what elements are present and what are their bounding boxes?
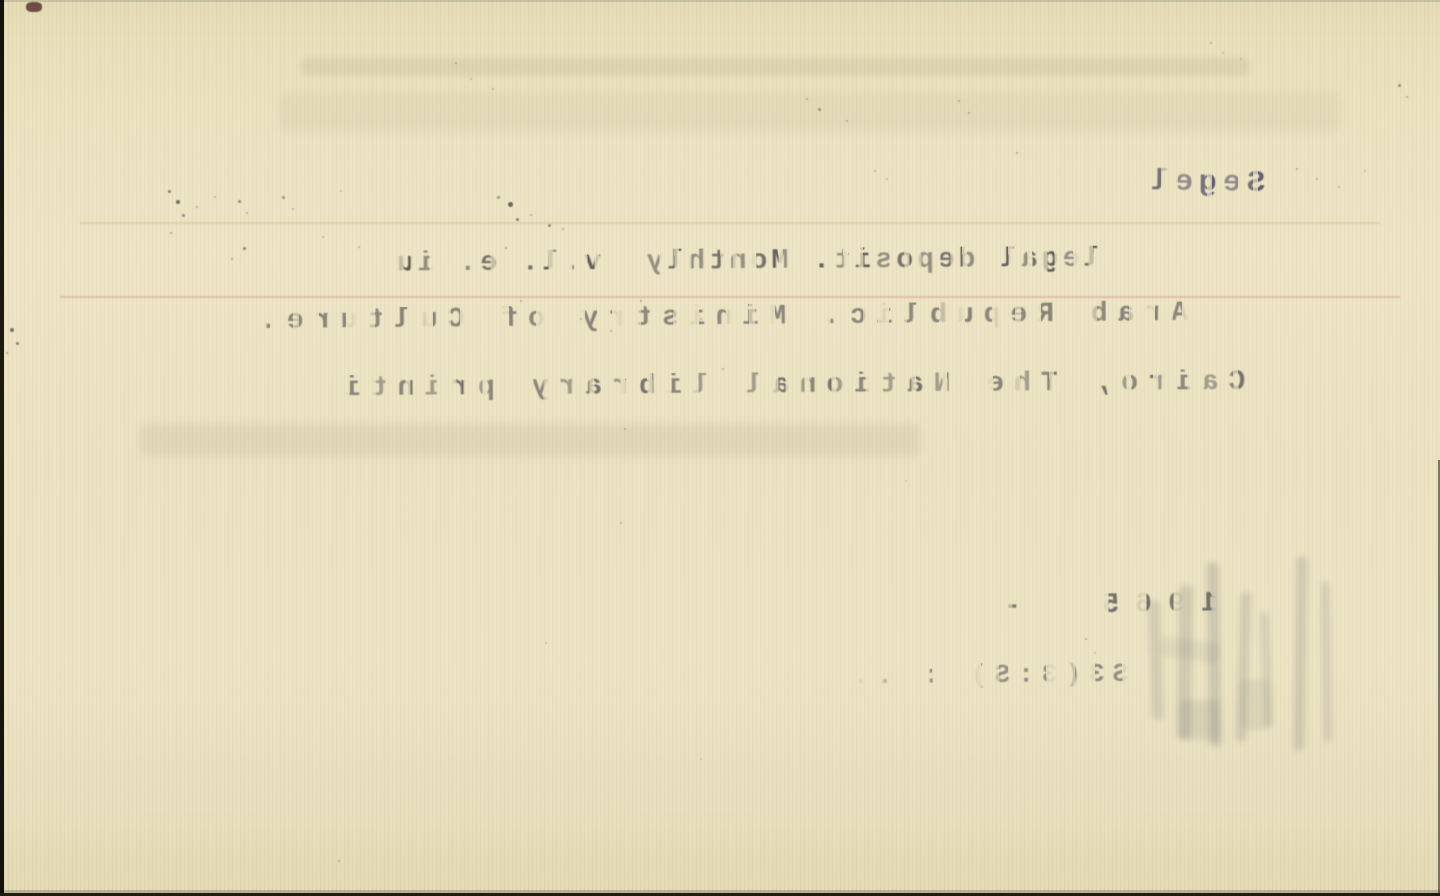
ink-speck xyxy=(1016,152,1018,154)
ink-speck xyxy=(6,352,8,354)
ink-speck xyxy=(338,860,340,862)
ink-speck xyxy=(846,120,848,122)
smudge-streak xyxy=(1235,592,1251,742)
ink-speck xyxy=(243,247,246,250)
ghost-band-top xyxy=(300,58,1250,76)
ink-speck xyxy=(292,208,294,210)
scan-edge-top-shadow xyxy=(0,0,1440,2)
ink-speck xyxy=(700,758,702,760)
card-scan: Segel legal deposit. Monthly v.l. e. iu … xyxy=(0,0,1440,896)
ink-speck xyxy=(968,112,970,114)
ink-speck xyxy=(806,98,808,100)
ink-speck xyxy=(624,428,626,430)
ink-speck xyxy=(322,236,324,238)
ink-speck xyxy=(545,642,547,644)
ink-speck xyxy=(246,212,248,214)
ink-speck xyxy=(176,200,180,204)
ghost-band-middle xyxy=(140,424,920,456)
ink-speck xyxy=(196,206,198,208)
smudge-streak xyxy=(1159,636,1221,664)
ink-speck xyxy=(958,100,960,102)
mirrored-imprint-text: Cairo, The National library printi xyxy=(334,369,1245,403)
ink-speck xyxy=(1222,52,1224,54)
ink-speck xyxy=(170,232,172,234)
ink-speck xyxy=(548,224,551,227)
ink-speck xyxy=(182,214,185,217)
scan-edge-bottom-shadow xyxy=(0,890,1440,893)
ink-speck xyxy=(1094,652,1096,654)
ink-speck xyxy=(10,328,14,332)
ink-speck xyxy=(340,190,342,192)
smudge-streak xyxy=(1293,556,1307,751)
smudge-streak xyxy=(1321,582,1333,742)
ink-speck xyxy=(818,108,821,111)
ink-speck xyxy=(874,170,876,172)
mirrored-date-text: 1965 - xyxy=(988,590,1218,621)
ghost-band-upper xyxy=(280,92,1340,132)
ink-speck xyxy=(168,190,171,193)
ink-speck xyxy=(562,228,564,230)
smudge-streak xyxy=(1240,680,1270,730)
ink-speck xyxy=(1210,42,1212,44)
ink-speck xyxy=(1296,168,1298,170)
ink-speck xyxy=(1338,186,1340,188)
ink-speck xyxy=(497,196,500,199)
rule-line-faint xyxy=(80,222,1380,224)
ink-speck xyxy=(231,258,233,260)
mirrored-issuing-body-text: Arab Republic. Ministry of Culture. xyxy=(250,300,1188,336)
ink-speck xyxy=(1085,638,1087,640)
ink-speck xyxy=(886,178,888,180)
ink-speck xyxy=(530,214,532,216)
ink-speck xyxy=(358,246,360,248)
ink-speck xyxy=(492,88,494,90)
ink-speck xyxy=(520,300,522,302)
ink-speck xyxy=(640,300,642,302)
ink-speck xyxy=(516,218,519,221)
ink-speck xyxy=(282,196,285,199)
smudge-streak xyxy=(1260,612,1273,727)
ink-speck xyxy=(1240,58,1242,60)
ink-speck xyxy=(455,62,457,64)
corner-mark xyxy=(26,2,42,12)
ink-speck xyxy=(620,522,622,524)
ink-speck xyxy=(905,480,907,482)
ink-speck xyxy=(1316,178,1318,180)
ink-speck xyxy=(470,78,472,80)
mirrored-deposit-note-text: legal deposit. Monthly v.l. e. iu xyxy=(393,246,1100,279)
ink-speck xyxy=(16,342,19,345)
ink-speck xyxy=(722,368,724,370)
scan-edge-left xyxy=(0,0,4,896)
ink-speck xyxy=(214,196,216,198)
mirrored-heading-text: Segel xyxy=(1145,167,1265,199)
ink-speck xyxy=(1398,84,1401,87)
mirrored-call-number-text: S3(3:S) : .. xyxy=(845,661,1128,689)
rule-line-red xyxy=(60,296,1400,298)
ink-speck xyxy=(1364,170,1366,172)
ink-speck xyxy=(1406,96,1408,98)
ink-speck xyxy=(238,200,241,203)
ink-speck xyxy=(508,202,513,207)
smudge-streak xyxy=(1180,700,1220,740)
